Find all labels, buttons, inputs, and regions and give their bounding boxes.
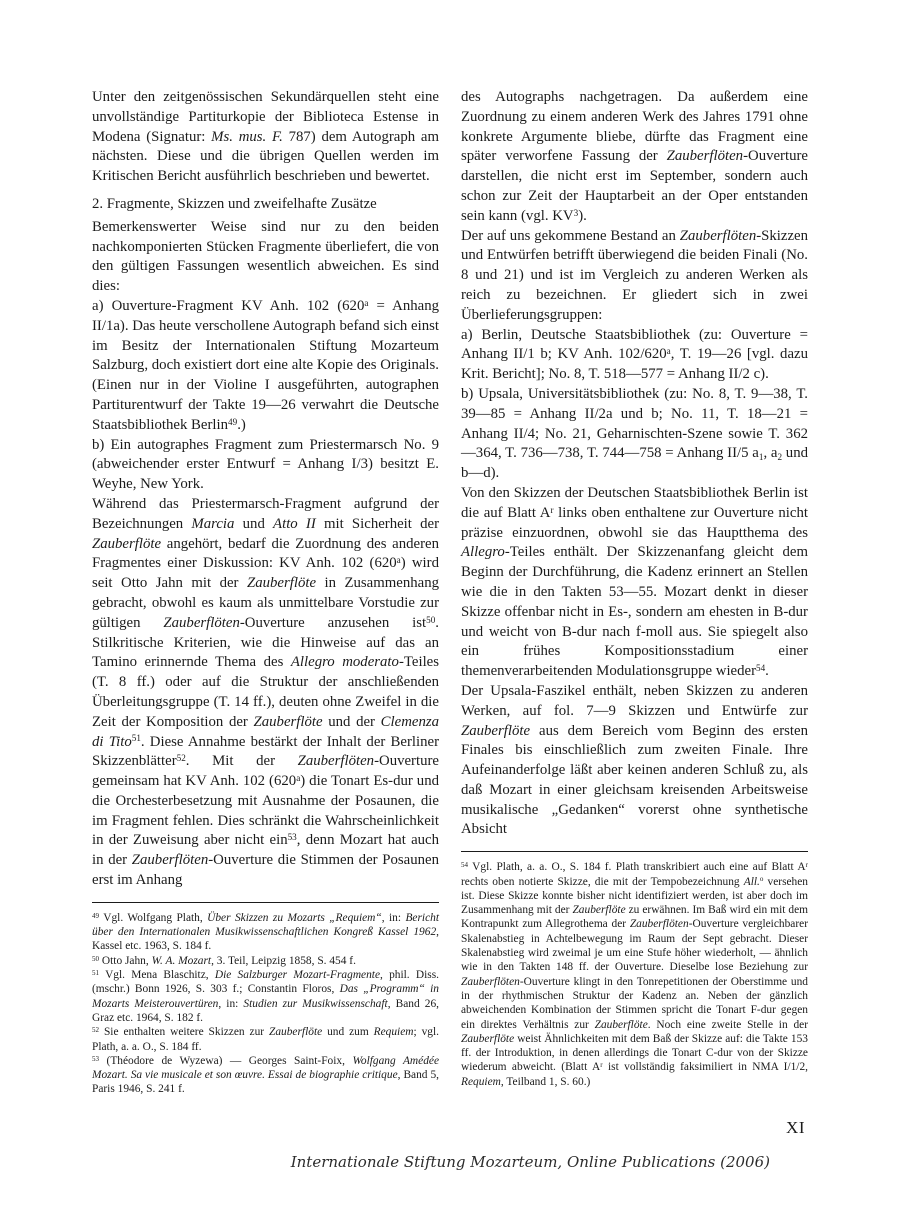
page-number: XI: [786, 1118, 805, 1138]
body-paragraph: Bemerkenswerter Weise sind nur zu den be…: [92, 218, 439, 297]
footnote-50: 50 Otto Jahn, W. A. Mozart, 3. Teil, Lei…: [92, 954, 439, 968]
footnote-marker: 49: [92, 912, 99, 920]
right-column: des Autographs nachgetragen. Da außerdem…: [461, 88, 808, 1097]
footnote-49: 49 Vgl. Wolfgang Plath, Über Skizzen zu …: [92, 911, 439, 954]
body-paragraph: a) Ouverture-Fragment KV Anh. 102 (620a …: [92, 297, 439, 436]
body-paragraph: Der Upsala-Faszikel enthält, neben Skizz…: [461, 682, 808, 840]
footnote-separator-rule: [92, 902, 439, 903]
footnote-marker: 52: [92, 1026, 99, 1034]
footnote-marker: 53: [92, 1055, 99, 1063]
body-paragraph: des Autographs nachgetragen. Da außerdem…: [461, 88, 808, 227]
footnote-separator-rule: [461, 851, 808, 852]
footnote-marker: 50: [92, 955, 99, 963]
footnote-marker: 51: [92, 969, 99, 977]
footer-credit: Internationale Stiftung Mozarteum, Onlin…: [291, 1153, 770, 1171]
body-paragraph: a) Berlin, Deutsche Staatsbibliothek (zu…: [461, 326, 808, 385]
left-column: Unter den zeitgenössischen Sekundärquell…: [92, 88, 439, 1097]
body-paragraph: Von den Skizzen der Deutschen Staatsbibl…: [461, 484, 808, 682]
body-paragraph: Unter den zeitgenössischen Sekundärquell…: [92, 88, 439, 187]
text-columns: Unter den zeitgenössischen Sekundärquell…: [92, 88, 808, 1097]
footnote-51: 51 Vgl. Mena Blaschitz, Die Salzburger M…: [92, 968, 439, 1025]
section-heading: 2. Fragmente, Skizzen und zweifelhafte Z…: [92, 195, 439, 215]
footnote-52: 52 Sie enthalten weitere Skizzen zur Zau…: [92, 1025, 439, 1054]
body-paragraph: Der auf uns gekommene Bestand an Zauberf…: [461, 227, 808, 326]
footnote-53: 53 (Théodore de Wyzewa) — Georges Saint-…: [92, 1054, 439, 1097]
document-page: Unter den zeitgenössischen Sekundärquell…: [0, 0, 900, 1227]
body-paragraph: Während das Priestermarsch-Fragment aufg…: [92, 495, 439, 891]
footnote-marker: 54: [461, 861, 468, 869]
body-paragraph: b) Upsala, Universitätsbibliothek (zu: N…: [461, 385, 808, 484]
footnote-54: 54 Vgl. Plath, a. a. O., S. 184 f. Plath…: [461, 860, 808, 1089]
body-paragraph: b) Ein autographes Fragment zum Priester…: [92, 436, 439, 495]
